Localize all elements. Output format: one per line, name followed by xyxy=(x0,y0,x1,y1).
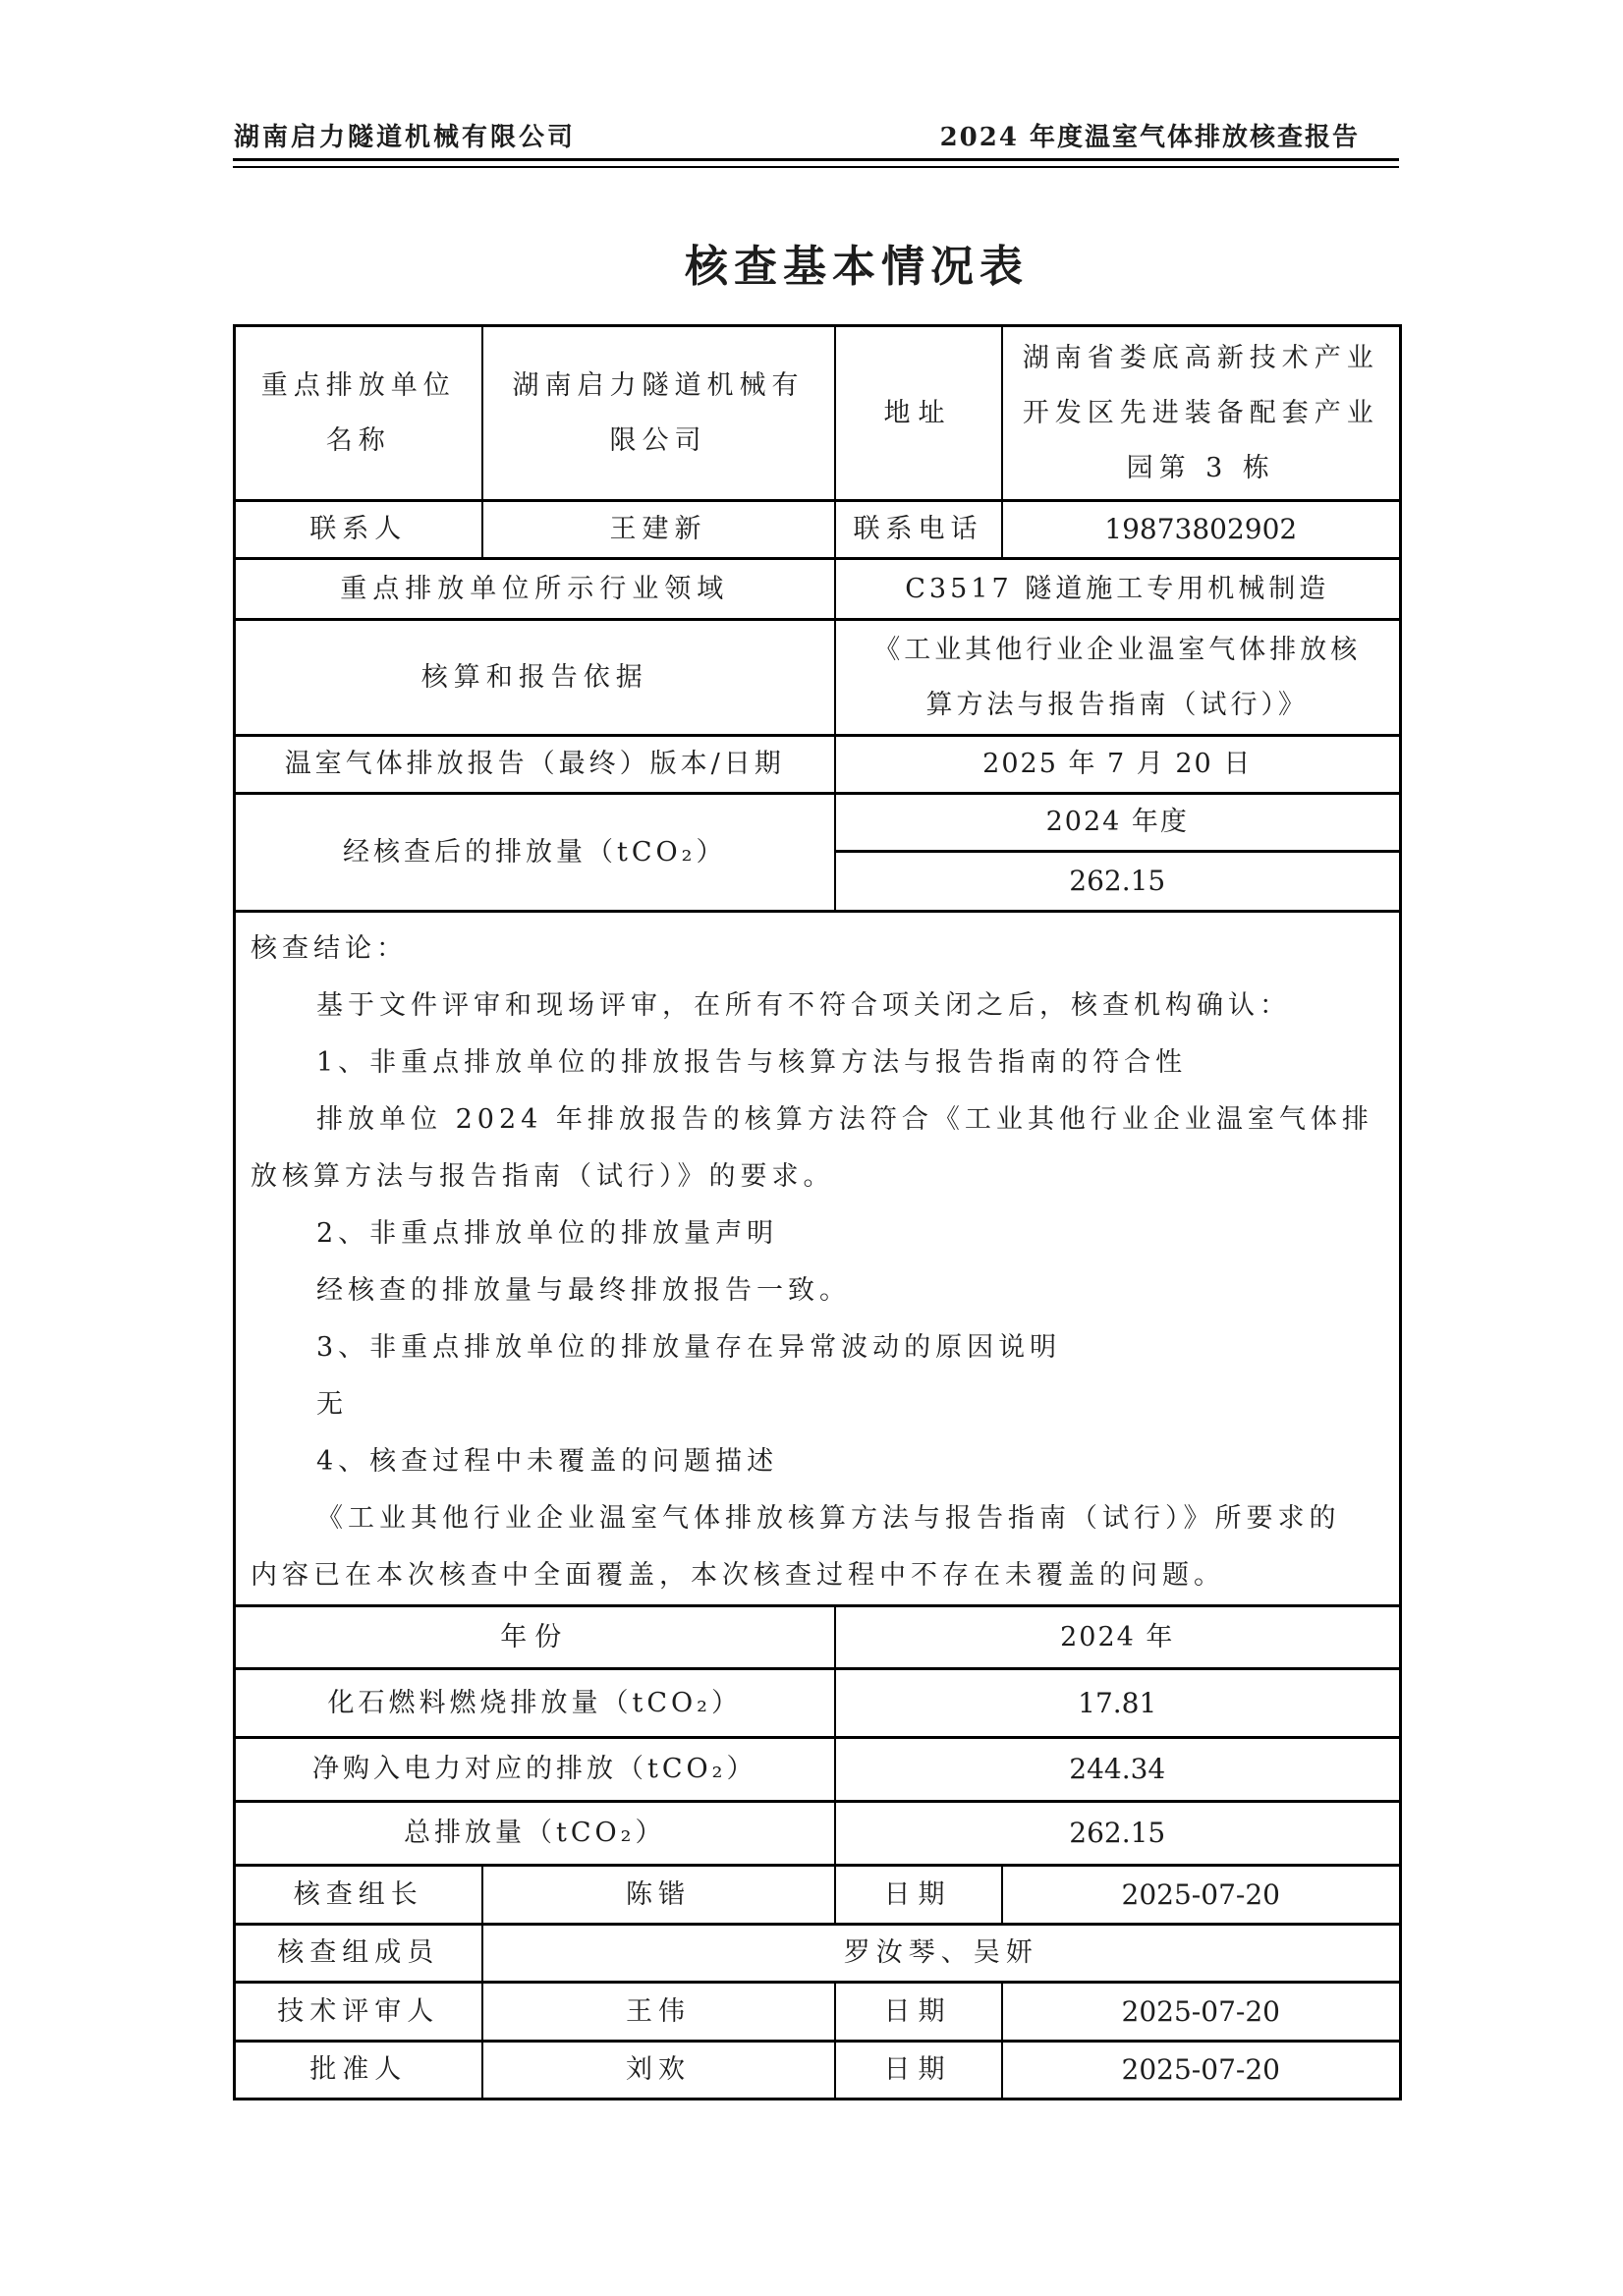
table-row: 重点排放单位 名称 湖南启力隧道机械有 限公司 地址 湖南省娄底高新技术产业 开… xyxy=(235,326,1401,501)
team-members-label: 核查组成员 xyxy=(235,1925,482,1983)
purchased-electricity-emissions-value: 244.34 xyxy=(835,1738,1401,1802)
table-row: 总排放量（tCO₂） 262.15 xyxy=(235,1802,1401,1866)
conclusion-line: 排放单位 2024 年排放报告的核算方法符合《工业其他行业企业温室气体排 xyxy=(251,1092,1375,1148)
team-members-value: 罗汝琴、吴妍 xyxy=(482,1925,1401,1983)
approver-label: 批准人 xyxy=(235,2042,482,2100)
verified-emissions-label: 经核查后的排放量（tCO₂） xyxy=(235,794,835,912)
technical-reviewer-name: 王伟 xyxy=(482,1983,835,2042)
conclusion-line: 无 xyxy=(251,1376,1375,1433)
header-company-name: 湖南启力隧道机械有限公司 xyxy=(234,117,576,153)
date-label: 日期 xyxy=(835,1983,1002,2042)
table-row: 联系人 王建新 联系电话 19873802902 xyxy=(235,501,1401,559)
basis-value: 《工业其他行业企业温室气体排放核 算方法与报告指南（试行）》 xyxy=(835,620,1401,736)
approver-date: 2025-07-20 xyxy=(1002,2042,1401,2100)
technical-reviewer-label: 技术评审人 xyxy=(235,1983,482,2042)
table-row: 经核查后的排放量（tCO₂） 2024 年度 xyxy=(235,794,1401,852)
table-row: 重点排放单位所示行业领域 C3517 隧道施工专用机械制造 xyxy=(235,559,1401,620)
conclusion-line: 内容已在本次核查中全面覆盖，本次核查过程中不存在未覆盖的问题。 xyxy=(251,1547,1375,1604)
table-row: 核算和报告依据 《工业其他行业企业温室气体排放核 算方法与报告指南（试行）》 xyxy=(235,620,1401,736)
industry-label: 重点排放单位所示行业领域 xyxy=(235,559,835,620)
report-version-value: 2025 年 7 月 20 日 xyxy=(835,736,1401,794)
phone-label: 联系电话 xyxy=(835,501,1002,559)
conclusion-line: 基于文件评审和现场评审，在所有不符合项关闭之后，核查机构确认： xyxy=(251,978,1375,1035)
table-row: 技术评审人 王伟 日期 2025-07-20 xyxy=(235,1983,1401,2042)
conclusion-line: 1、非重点排放单位的排放报告与核算方法与报告指南的符合性 xyxy=(251,1035,1375,1092)
table-row: 核查组成员 罗汝琴、吴妍 xyxy=(235,1925,1401,1983)
purchased-electricity-emissions-label: 净购入电力对应的排放（tCO₂） xyxy=(235,1738,835,1802)
conclusion-heading: 核查结论： xyxy=(251,921,1375,978)
header-report-title: 2024 年度温室气体排放核查报告 xyxy=(940,117,1360,153)
table-row: 核查组长 陈锴 日期 2025-07-20 xyxy=(235,1866,1401,1925)
fossil-fuel-emissions-label: 化石燃料燃烧排放量（tCO₂） xyxy=(235,1669,835,1738)
technical-reviewer-date: 2025-07-20 xyxy=(1002,1983,1401,2042)
verification-basic-info-table: 重点排放单位 名称 湖南启力隧道机械有 限公司 地址 湖南省娄底高新技术产业 开… xyxy=(233,324,1402,2100)
team-leader-name: 陈锴 xyxy=(482,1866,835,1925)
phone-value: 19873802902 xyxy=(1002,501,1401,559)
table-row: 化石燃料燃烧排放量（tCO₂） 17.81 xyxy=(235,1669,1401,1738)
verified-emissions-period: 2024 年度 xyxy=(835,794,1401,852)
contact-value: 王建新 xyxy=(482,501,835,559)
contact-label: 联系人 xyxy=(235,501,482,559)
conclusion-line: 3、非重点排放单位的排放量存在异常波动的原因说明 xyxy=(251,1319,1375,1376)
team-leader-label: 核查组长 xyxy=(235,1866,482,1925)
team-leader-date: 2025-07-20 xyxy=(1002,1866,1401,1925)
page-title: 核查基本情况表 xyxy=(685,231,1029,294)
conclusion-line: 《工业其他行业企业温室气体排放核算方法与报告指南（试行）》所要求的 xyxy=(251,1490,1375,1547)
unit-name-value: 湖南启力隧道机械有 限公司 xyxy=(482,326,835,501)
total-emissions-value: 262.15 xyxy=(835,1802,1401,1866)
verified-emissions-value: 262.15 xyxy=(835,852,1401,912)
total-emissions-label: 总排放量（tCO₂） xyxy=(235,1802,835,1866)
fossil-fuel-emissions-value: 17.81 xyxy=(835,1669,1401,1738)
header-double-rule xyxy=(233,158,1399,168)
unit-name-label: 重点排放单位 名称 xyxy=(235,326,482,501)
table-row: 温室气体排放报告（最终）版本/日期 2025 年 7 月 20 日 xyxy=(235,736,1401,794)
date-label: 日期 xyxy=(835,2042,1002,2100)
basis-label: 核算和报告依据 xyxy=(235,620,835,736)
address-label: 地址 xyxy=(835,326,1002,501)
conclusion-row: 核查结论： 基于文件评审和现场评审，在所有不符合项关闭之后，核查机构确认： 1、… xyxy=(235,912,1401,1606)
approver-name: 刘欢 xyxy=(482,2042,835,2100)
report-version-label: 温室气体排放报告（最终）版本/日期 xyxy=(235,736,835,794)
year-label: 年份 xyxy=(235,1606,835,1669)
table-row: 年份 2024 年 xyxy=(235,1606,1401,1669)
year-value: 2024 年 xyxy=(835,1606,1401,1669)
conclusion-line: 4、核查过程中未覆盖的问题描述 xyxy=(251,1433,1375,1490)
conclusion-line: 2、非重点排放单位的排放量声明 xyxy=(251,1205,1375,1262)
address-value: 湖南省娄底高新技术产业 开发区先进装备配套产业 园第 3 栋 xyxy=(1002,326,1401,501)
conclusion-cell: 核查结论： 基于文件评审和现场评审，在所有不符合项关闭之后，核查机构确认： 1、… xyxy=(235,912,1401,1606)
date-label: 日期 xyxy=(835,1866,1002,1925)
table-row: 净购入电力对应的排放（tCO₂） 244.34 xyxy=(235,1738,1401,1802)
table-row: 批准人 刘欢 日期 2025-07-20 xyxy=(235,2042,1401,2100)
industry-value: C3517 隧道施工专用机械制造 xyxy=(835,559,1401,620)
conclusion-line: 经核查的排放量与最终排放报告一致。 xyxy=(251,1262,1375,1319)
conclusion-line: 放核算方法与报告指南（试行）》的要求。 xyxy=(251,1148,1375,1205)
